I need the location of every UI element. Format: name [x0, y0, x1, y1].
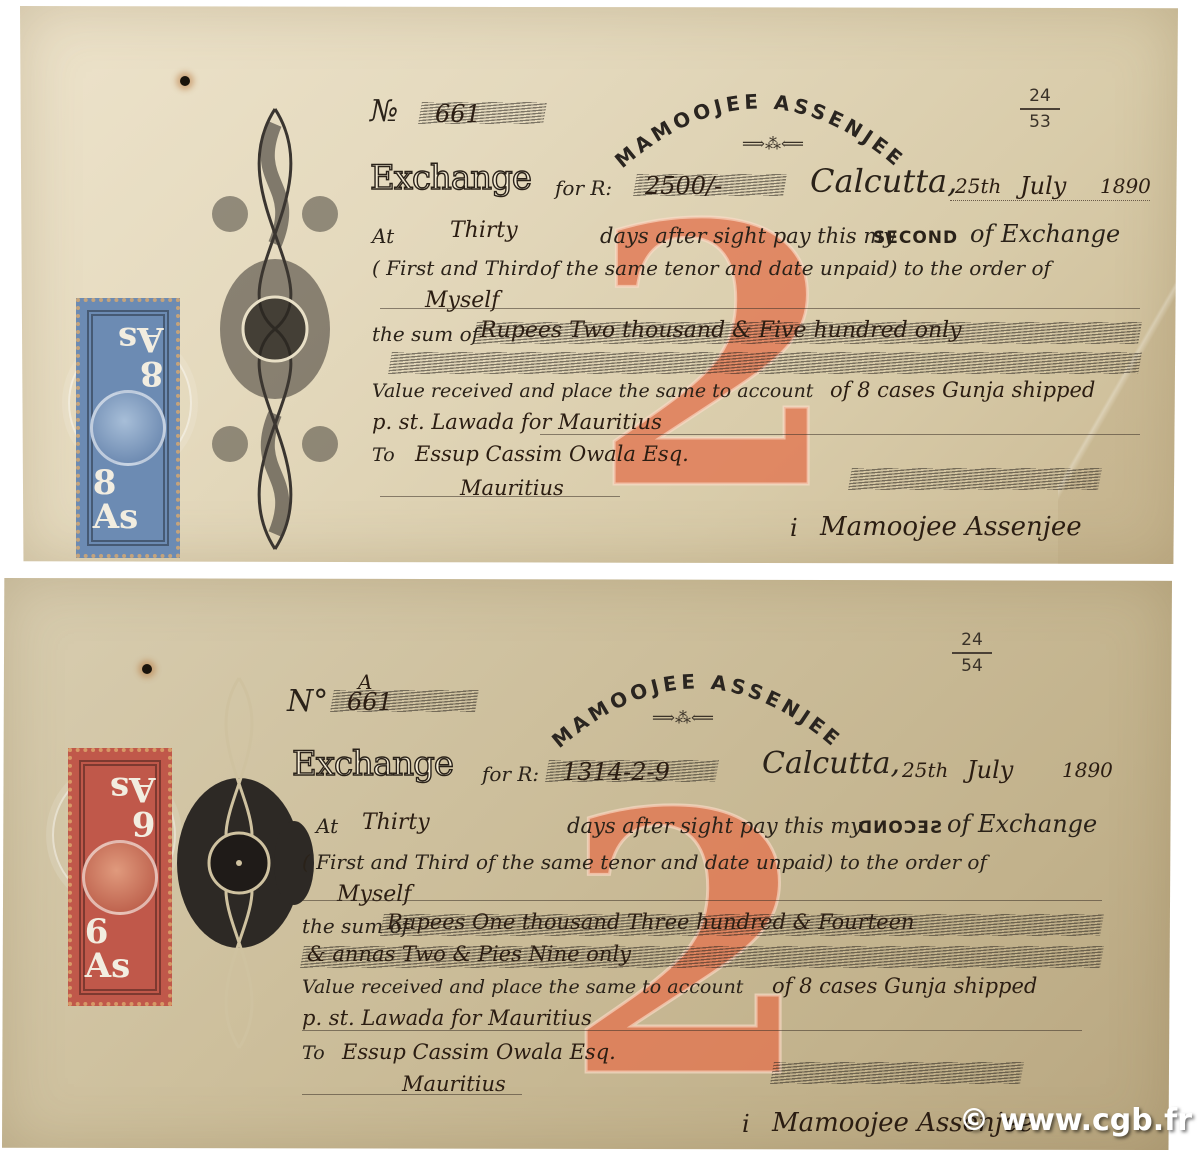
date-day: 25th: [902, 758, 948, 782]
for-label: for R:: [555, 176, 612, 200]
queen-portrait-icon: [82, 840, 158, 915]
reference-top: 24: [952, 630, 992, 650]
reference-fraction: 24 54: [952, 630, 992, 676]
punch-hole: [142, 664, 152, 674]
sight-line: days after sight pay this my: [567, 814, 862, 838]
revenue-stamp: 6 As 6 As: [68, 748, 172, 1006]
to-label: To: [302, 1042, 325, 1064]
watermark: © www.cgb.fr: [959, 1103, 1192, 1138]
sum-words: Rupees Two thousand & Five hundred only: [480, 318, 962, 343]
cancelled-signature-field: [770, 1062, 1024, 1084]
shipped-per: p. st. Lawada for Mauritius: [302, 1006, 592, 1030]
company-name: MAMOOJEE ASSENJEE: [537, 656, 857, 756]
cancelled-signature-field: [848, 468, 1102, 490]
date-month: July: [1020, 172, 1066, 200]
to-label: To: [372, 444, 395, 466]
reference-fraction: 24 53: [1020, 86, 1060, 132]
date-day: 25th: [955, 174, 1001, 198]
reference-top: 24: [1020, 86, 1060, 106]
first-third-line: ( First and Third: [372, 256, 540, 280]
copy-word: SECOND: [873, 228, 958, 248]
first-third-line: ( First and Third of the same tenor and …: [302, 850, 987, 874]
drawee: Essup Cassim Owala Esq.: [415, 442, 689, 466]
drawee-city: Mauritius: [402, 1072, 506, 1096]
stamp-value: 6 As: [85, 772, 156, 840]
value-account: of 8 cases Gunja shipped: [772, 974, 1037, 998]
reference-bottom: 54: [952, 656, 992, 676]
ornamental-border-icon: [200, 104, 350, 554]
of-exchange: of Exchange: [970, 220, 1120, 248]
value-line: Value received and place the same to acc…: [372, 380, 813, 402]
signature-prefix: i: [790, 514, 798, 542]
stamp-value: 8 As: [93, 322, 164, 390]
sight-line: days after sight pay this my: [600, 224, 895, 248]
tenor: Thirty: [450, 218, 518, 243]
punch-hole: [180, 76, 190, 86]
signature-prefix: i: [742, 1110, 750, 1138]
stamp-value: 6 As: [85, 915, 156, 983]
date-year: 1890: [1100, 174, 1151, 198]
svg-text:MAMOOJEE ASSENJEE: MAMOOJEE ASSENJEE: [610, 89, 910, 172]
signature: Mamoojee Assenjee: [820, 512, 1082, 542]
divider-ornament-icon: ⟹⁂⟸: [742, 134, 804, 153]
sum-label: the sum of: [372, 322, 479, 346]
queen-portrait-icon: [90, 390, 166, 466]
same-tenor-line: of the same tenor and date unpaid) to th…: [540, 256, 1051, 280]
payee: Myself: [337, 882, 411, 907]
revenue-stamp: 8 As 8 As: [76, 298, 180, 558]
sum-field-2: [388, 352, 1142, 374]
tenor: Thirty: [362, 810, 430, 835]
amount: 1314-2-9: [562, 758, 670, 786]
bill-of-exchange-bottom: 6 As 6 As 2 A N° 661 MAMOOJEE ASSENJEE ⟹…: [2, 578, 1172, 1150]
number-prefix: №: [370, 94, 398, 129]
bill-number: 661: [435, 100, 481, 128]
drawee: Essup Cassim Owala Esq.: [342, 1040, 616, 1064]
value-account: of 8 cases Gunja shipped: [830, 378, 1095, 402]
bill-number: 661: [347, 688, 393, 716]
place: Calcutta,: [762, 746, 900, 781]
number-prefix: N°: [287, 684, 328, 719]
at-label: At: [372, 224, 394, 248]
bill-of-exchange-top: 8 As 8 As 2 № 661 MAMOOJEE ASSENJEE ⟹⁂⟸ …: [20, 6, 1178, 564]
at-label: At: [316, 814, 338, 838]
copy-word: SECOND: [857, 818, 942, 838]
date-year: 1890: [1062, 758, 1113, 782]
amount: 2500/-: [645, 172, 722, 200]
place: Calcutta,: [810, 162, 957, 200]
payee: Myself: [425, 288, 499, 313]
shipped-per: p. st. Lawada for Mauritius: [372, 410, 662, 434]
sum-words: Rupees One thousand Three hundred & Four…: [387, 910, 915, 934]
ornamental-border-icon: [164, 658, 314, 1068]
reference-bottom: 53: [1020, 112, 1060, 132]
of-exchange: of Exchange: [947, 810, 1097, 838]
exchange-title: Exchange: [292, 744, 453, 784]
exchange-title: Exchange: [370, 158, 531, 198]
sum-words-2: & annas Two & Pies Nine only: [307, 942, 631, 966]
stamp-value: 8 As: [93, 466, 164, 534]
for-label: for R:: [482, 762, 539, 786]
date-month: July: [967, 756, 1013, 784]
divider-ornament-icon: ⟹⁂⟸: [652, 708, 714, 727]
company-name: MAMOOJEE ASSENJEE: [600, 76, 920, 176]
value-line: Value received and place the same to acc…: [302, 976, 743, 998]
